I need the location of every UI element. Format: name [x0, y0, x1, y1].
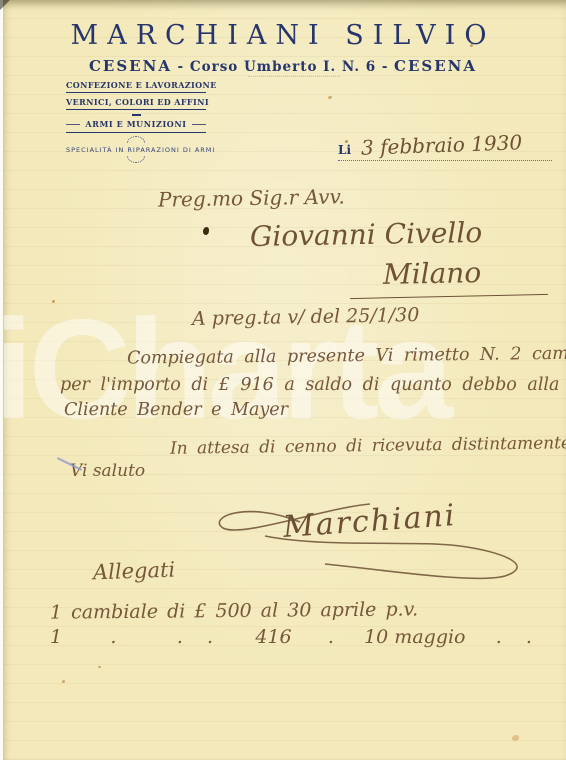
- attachment-line-1: 1 cambiale di £ 500 al 30 aprile p.v.: [50, 598, 418, 623]
- right-dash: [192, 124, 206, 125]
- company-address: CESENA - Corso Umberto I. N. 6 - CESENA: [0, 56, 566, 75]
- left-dash: [66, 124, 80, 125]
- letter-page: iCharta MARCHIANI SILVIO CESENA - Corso …: [0, 0, 566, 760]
- paper-stain: [203, 227, 209, 235]
- reference-line: A preg.ta v/ del 25/1/30: [192, 304, 420, 330]
- address-city-left: CESENA: [89, 57, 172, 75]
- date-line: Li 3 febbraio 1930: [338, 133, 552, 161]
- service-line-1: CONFEZIONE E LAVORAZIONE: [66, 80, 206, 93]
- service-line-4: SPECIALITÀ IN RIPARAZIONI DI ARMI: [66, 146, 206, 154]
- address-city-right: CESENA: [394, 57, 477, 75]
- handwritten-date: 3 febbraio 1930: [361, 130, 523, 160]
- service-line-2: VERNICI, COLORI ED AFFINI: [66, 97, 206, 110]
- faded-print-line: [248, 75, 340, 77]
- paper-stain: [52, 300, 55, 303]
- paper-stain: [328, 96, 332, 99]
- closing-line-1: In attesa di cenno di ricevuta distintam…: [170, 433, 566, 459]
- paper-stain: [512, 735, 519, 741]
- paper-stain: [98, 666, 101, 668]
- recipient-name: Giovanni Civello: [250, 216, 483, 253]
- scanner-edge: [0, 0, 3, 760]
- separator-dash: [132, 114, 141, 116]
- address-street: - Corso Umberto I. N. 6 -: [178, 59, 389, 75]
- recipient-city: Milano: [383, 256, 482, 291]
- paper-stain: [62, 680, 65, 683]
- attachments-title: Allegati: [93, 558, 176, 585]
- body-line-1: Compiegata alla presente Vi rimetto N. 2…: [127, 343, 566, 368]
- body-line-3: Cliente Bender e Mayer: [64, 400, 288, 420]
- scroll-ornament-icon: [127, 136, 145, 143]
- recipient-salutation: Preg.mo Sig.r Avv.: [158, 184, 345, 211]
- services-box: CONFEZIONE E LAVORAZIONE VERNICI, COLORI…: [66, 80, 206, 163]
- scan-corner-shadow: [0, 0, 10, 10]
- service-line-3: ARMI E MUNIZIONI: [66, 119, 206, 133]
- body-line-2: per l'importo di £ 916 a saldo di quanto…: [60, 375, 566, 395]
- closing-line-2: Vi saluto: [70, 461, 145, 481]
- date-prefix: Li: [338, 143, 351, 157]
- scroll-ornament-icon: [127, 156, 145, 163]
- company-name: MARCHIANI SILVIO: [0, 20, 566, 51]
- attachment-line-2: 1 . . . 416 . 10 maggio . .: [50, 626, 532, 648]
- city-underline: [350, 294, 548, 299]
